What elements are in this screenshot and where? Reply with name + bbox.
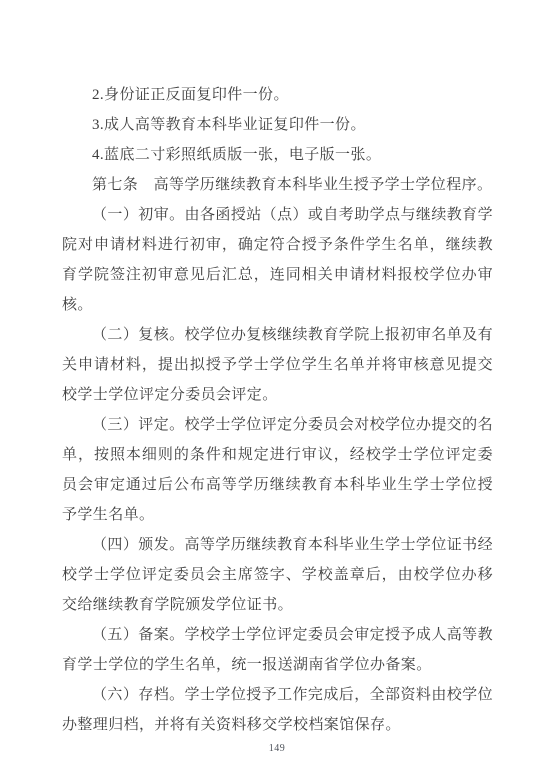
paragraph-step-6-archiving: （六）存档。学士学位授予工作完成后，全部资料由校学位办整理归档，并将有关资料移交… bbox=[62, 680, 493, 740]
list-item-diploma-copy: 3.成人高等教育本科毕业证复印件一份。 bbox=[62, 110, 493, 140]
list-item-photo: 4.蓝底二寸彩照纸质版一张，电子版一张。 bbox=[62, 140, 493, 170]
paragraph-step-4-issuance: （四）颁发。高等学历继续教育本科毕业生学士学位证书经校学士学位评定委员会主席签字… bbox=[62, 530, 493, 620]
paragraph-step-1-initial-review: （一）初审。由各函授站（点）或自考助学点与继续教育学院对申请材料进行初审，确定符… bbox=[62, 200, 493, 320]
document-body: 2.身份证正反面复印件一份。 3.成人高等教育本科毕业证复印件一份。 4.蓝底二… bbox=[62, 80, 493, 740]
document-page: 2.身份证正反面复印件一份。 3.成人高等教育本科毕业证复印件一份。 4.蓝底二… bbox=[0, 0, 554, 783]
list-item-id-copy: 2.身份证正反面复印件一份。 bbox=[62, 80, 493, 110]
paragraph-step-5-filing: （五）备案。学校学士学位评定委员会审定授予成人高等教育学士学位的学生名单，统一报… bbox=[62, 620, 493, 680]
article-seven-heading: 第七条 高等学历继续教育本科毕业生授予学士学位程序。 bbox=[62, 170, 493, 200]
page-number: 149 bbox=[269, 743, 286, 754]
paragraph-step-3-evaluation: （三）评定。校学士学位评定分委员会对校学位办提交的名单，按照本细则的条件和规定进… bbox=[62, 410, 493, 530]
page-footer: 149 bbox=[0, 738, 554, 756]
paragraph-step-2-recheck: （二）复核。校学位办复核继续教育学院上报初审名单及有关申请材料，提出拟授予学士学… bbox=[62, 320, 493, 410]
